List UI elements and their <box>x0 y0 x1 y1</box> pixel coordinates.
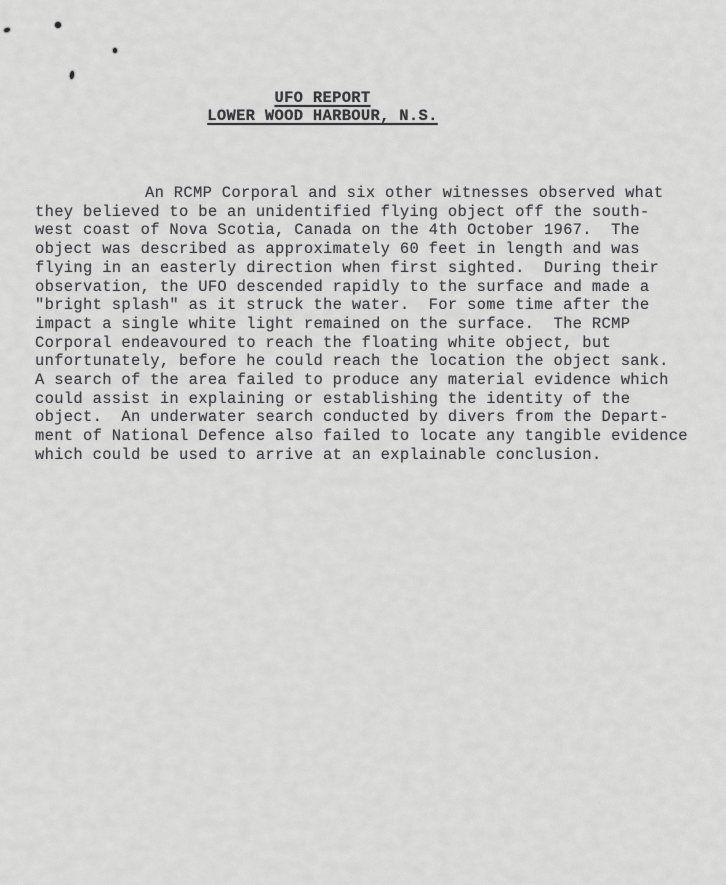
body-line: could assist in explaining or establishi… <box>35 390 707 409</box>
report-subtitle-text: LOWER WOOD HARBOUR, N.S. <box>207 107 437 125</box>
report-body: An RCMP Corporal and six other witnesses… <box>35 184 707 465</box>
report-subtitle: LOWER WOOD HARBOUR, N.S. <box>35 108 610 125</box>
body-line: object. An underwater search conducted b… <box>35 408 707 427</box>
scan-speck <box>113 48 117 53</box>
body-line: object was described as approximately 60… <box>35 240 707 259</box>
scan-speck <box>69 71 74 79</box>
body-line: "bright splash" as it struck the water. … <box>35 296 707 315</box>
document-content: UFO REPORT LOWER WOOD HARBOUR, N.S. An R… <box>0 0 726 885</box>
report-heading: UFO REPORT LOWER WOOD HARBOUR, N.S. <box>35 90 610 125</box>
report-title-text: UFO REPORT <box>274 89 370 107</box>
document-page: UFO REPORT LOWER WOOD HARBOUR, N.S. An R… <box>0 0 726 885</box>
body-line: which could be used to arrive at an expl… <box>35 446 707 465</box>
body-line: An RCMP Corporal and six other witnesses… <box>35 184 707 203</box>
scan-speck <box>3 27 10 33</box>
body-line: they believed to be an unidentified flyi… <box>35 203 707 222</box>
body-line: Corporal endeavoured to reach the floati… <box>35 334 707 353</box>
report-title: UFO REPORT <box>35 90 610 107</box>
body-line: A search of the area failed to produce a… <box>35 371 707 390</box>
body-line: ment of National Defence also failed to … <box>35 427 707 446</box>
body-line: observation, the UFO descended rapidly t… <box>35 278 707 297</box>
body-line: unfortunately, before he could reach the… <box>35 352 707 371</box>
body-line: west coast of Nova Scotia, Canada on the… <box>35 221 707 240</box>
body-line: impact a single white light remained on … <box>35 315 707 334</box>
scan-speck <box>55 22 61 28</box>
body-line: flying in an easterly direction when fir… <box>35 259 707 278</box>
